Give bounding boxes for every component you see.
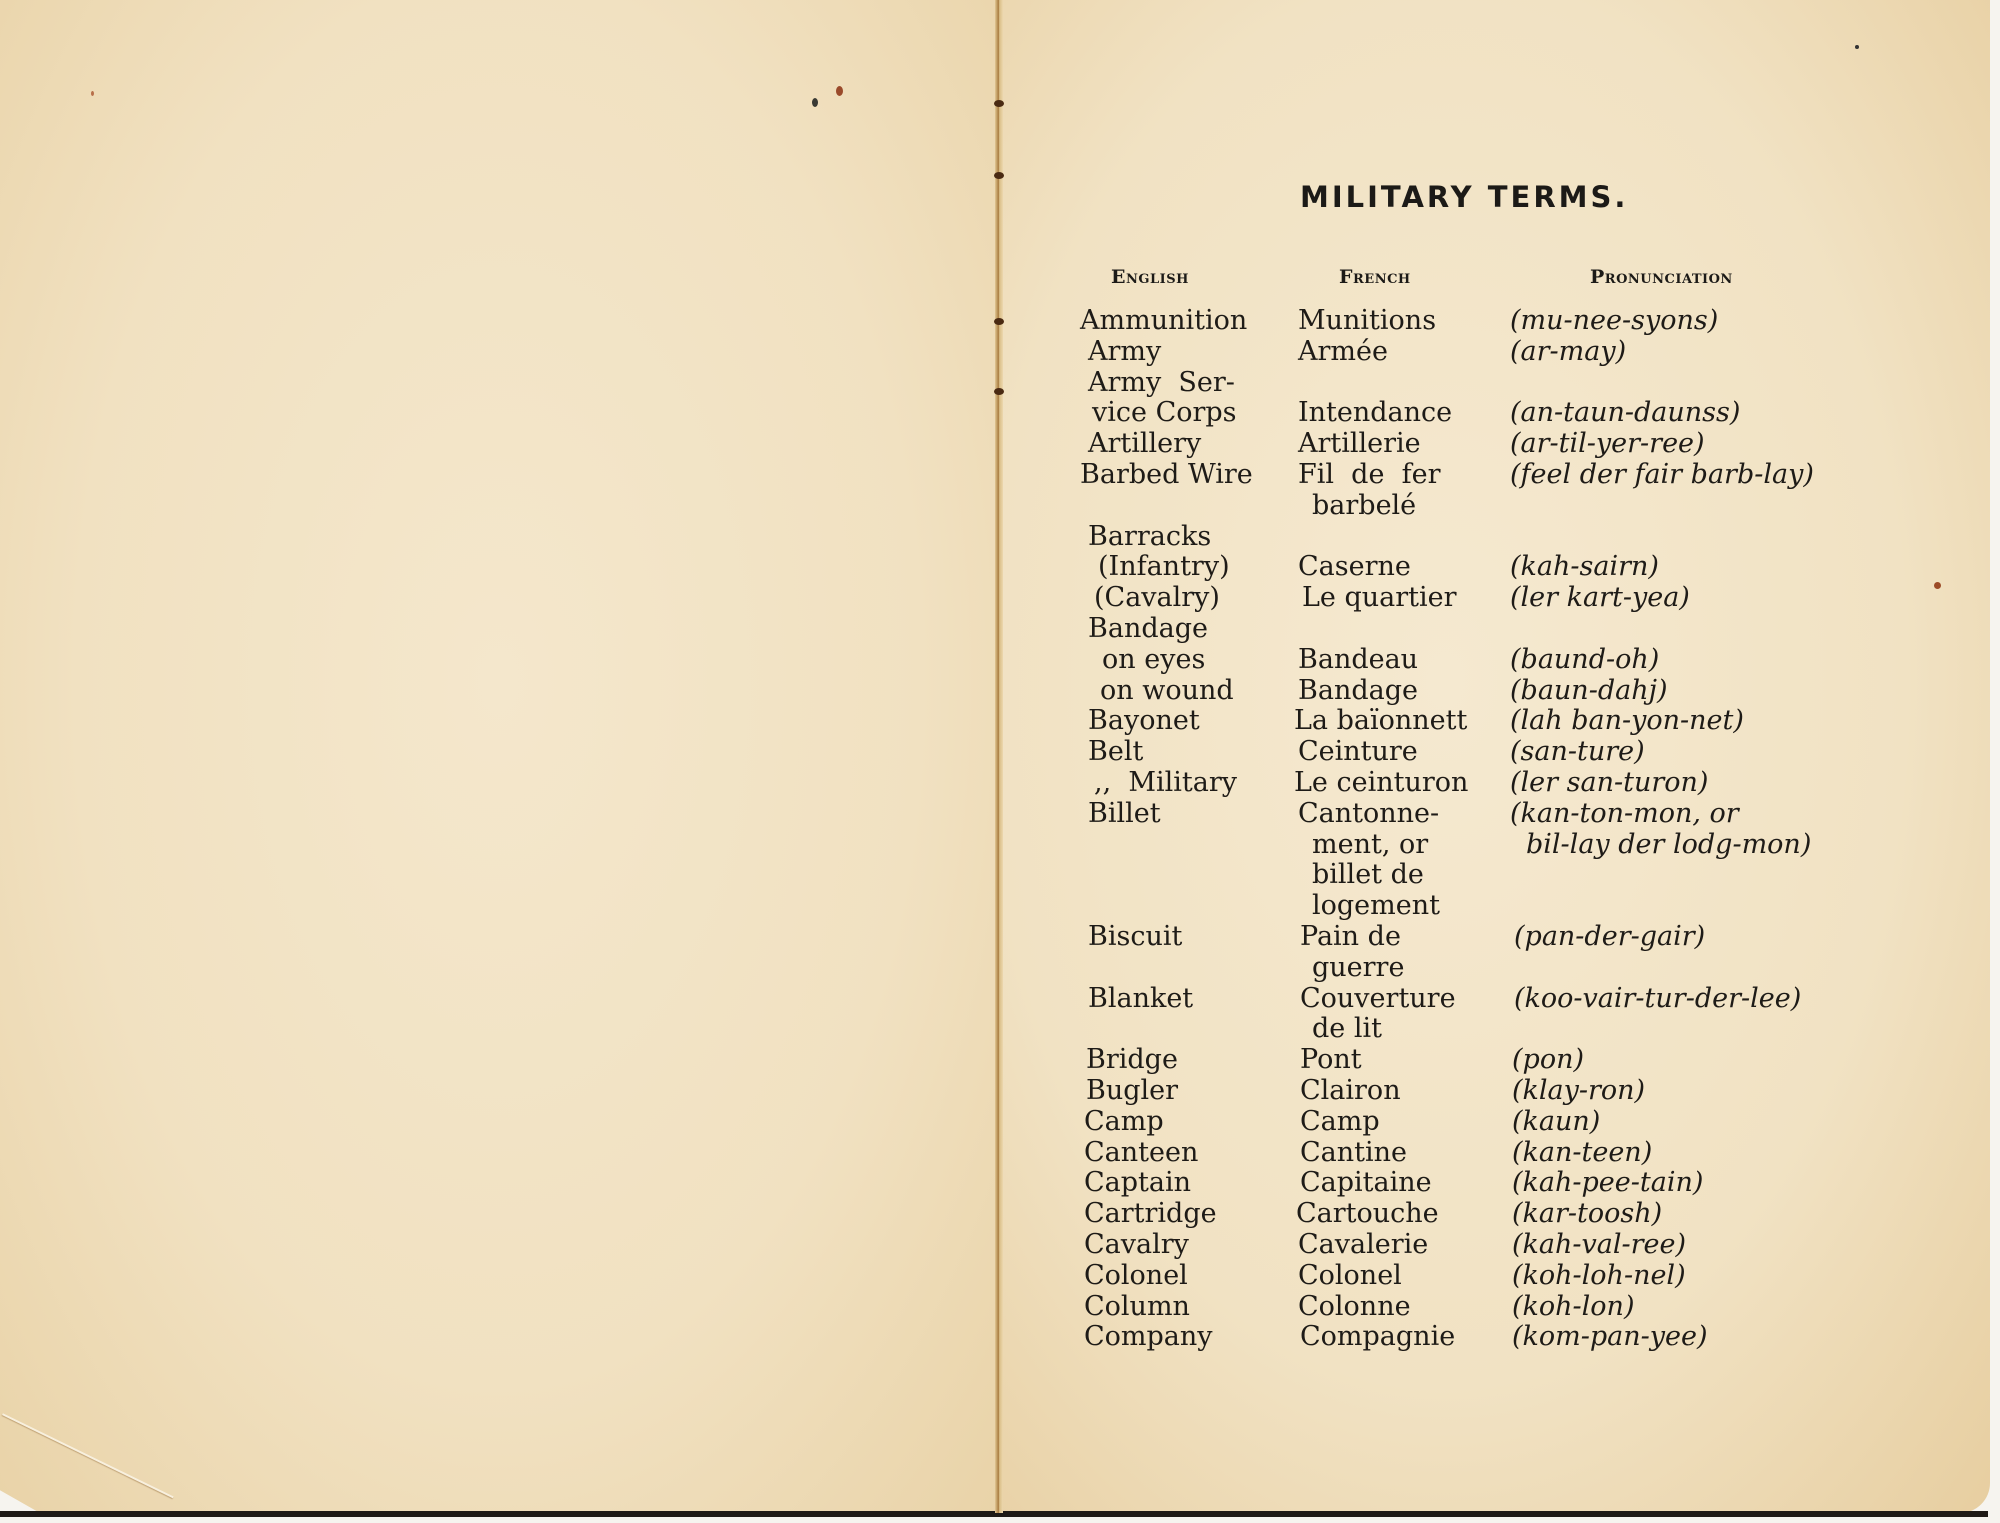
english-term: ,, Military xyxy=(1094,768,1237,799)
table-row: de lit xyxy=(1080,1014,1880,1045)
table-row: CavalryCavalerie(kah-val-ree) xyxy=(1080,1230,1880,1261)
table-row: BayonetLa baïonnett(lah ban-yon-net) xyxy=(1080,706,1880,737)
column-header-french: French xyxy=(1339,266,1411,288)
terms-table: AmmunitionMunitions(mu-nee-syons) ArmyAr… xyxy=(1080,306,1880,1353)
french-term: Capitaine xyxy=(1300,1168,1432,1199)
ink-speck xyxy=(1934,582,1941,589)
english-term: Cavalry xyxy=(1084,1230,1189,1261)
french-term: Colonne xyxy=(1298,1292,1411,1323)
french-term: Cavalerie xyxy=(1298,1230,1428,1261)
table-row: CompanyCompagnie(kom-pan-yee) xyxy=(1080,1322,1880,1353)
table-row: Barbed WireFil de fer(feel der fair barb… xyxy=(1080,460,1880,491)
book-edge-shadow xyxy=(0,1511,1988,1517)
table-row: Bandage xyxy=(1080,614,1880,645)
english-term: Colonel xyxy=(1084,1261,1188,1292)
pronunciation: (pon) xyxy=(1512,1045,1584,1076)
french-term: Artillerie xyxy=(1298,429,1421,460)
english-term: Biscuit xyxy=(1088,922,1182,953)
pronunciation: (ar-til-yer-ree) xyxy=(1510,429,1705,460)
french-term: Armée xyxy=(1298,337,1388,368)
english-term: Army xyxy=(1088,337,1161,368)
table-row: CartridgeCartouche(kar-toosh) xyxy=(1080,1199,1880,1230)
column-header-pronunciation: Pronunciation xyxy=(1590,266,1733,288)
pronunciation: (an-taun-daunss) xyxy=(1510,398,1740,429)
table-row: on woundBandage(baun-dahj) xyxy=(1080,676,1880,707)
table-row: BiscuitPain de(pan-der-gair) xyxy=(1080,922,1880,953)
english-term: Canteen xyxy=(1084,1138,1198,1169)
english-term: on wound xyxy=(1100,676,1234,707)
french-term: Bandeau xyxy=(1298,645,1418,676)
french-term: Cartouche xyxy=(1296,1199,1439,1230)
french-term: Cantonne- xyxy=(1298,799,1439,830)
pronunciation: (kaun) xyxy=(1512,1107,1600,1138)
pronunciation: (baun-dahj) xyxy=(1510,676,1668,707)
french-term: de lit xyxy=(1312,1014,1382,1045)
table-row: CaptainCapitaine(kah-pee-tain) xyxy=(1080,1168,1880,1199)
french-term: Ceinture xyxy=(1298,737,1418,768)
binding-staple xyxy=(994,100,1004,107)
table-row: ColumnColonne(koh-lon) xyxy=(1080,1292,1880,1323)
book-gutter xyxy=(995,0,1003,1513)
english-term: Bandage xyxy=(1088,614,1208,645)
english-term: Bugler xyxy=(1086,1076,1178,1107)
french-term: Couverture xyxy=(1300,984,1456,1015)
english-term: Cartridge xyxy=(1084,1199,1217,1230)
pronunciation: (koh-loh-nel) xyxy=(1512,1261,1686,1292)
french-term: Colonel xyxy=(1298,1261,1402,1292)
table-row: (Cavalry)Le quartier(ler kart-yea) xyxy=(1080,583,1880,614)
english-term: (Infantry) xyxy=(1098,552,1230,583)
table-row: ,, MilitaryLe ceinturon(ler san-turon) xyxy=(1080,768,1880,799)
english-term: Army Ser- xyxy=(1088,368,1235,399)
french-term: Le quartier xyxy=(1302,583,1457,614)
table-row: vice CorpsIntendance(an-taun-daunss) xyxy=(1080,398,1880,429)
french-term: Compagnie xyxy=(1300,1322,1455,1353)
french-term: Pont xyxy=(1300,1045,1362,1076)
english-term: on eyes xyxy=(1102,645,1205,676)
ink-speck xyxy=(91,91,94,96)
english-term: Belt xyxy=(1088,737,1143,768)
pronunciation: (ler san-turon) xyxy=(1510,768,1708,799)
table-row: CampCamp(kaun) xyxy=(1080,1107,1880,1138)
pronunciation: (kom-pan-yee) xyxy=(1512,1322,1708,1353)
binding-staple xyxy=(994,388,1004,395)
english-term: Billet xyxy=(1088,799,1161,830)
french-term: Camp xyxy=(1300,1107,1380,1138)
english-term: Captain xyxy=(1084,1168,1191,1199)
table-row: Army Ser- xyxy=(1080,368,1880,399)
french-term: La baïonnett xyxy=(1294,706,1467,737)
pronunciation: bil-lay der lodg-mon) xyxy=(1526,830,1811,861)
table-row: ColonelColonel(koh-loh-nel) xyxy=(1080,1261,1880,1292)
table-row: BeltCeinture(san-ture) xyxy=(1080,737,1880,768)
english-term: Barbed Wire xyxy=(1080,460,1253,491)
english-term: Bayonet xyxy=(1088,706,1200,737)
column-header-english: English xyxy=(1111,266,1189,288)
pronunciation: (kar-toosh) xyxy=(1512,1199,1662,1230)
binding-staple xyxy=(994,318,1004,325)
french-term: Caserne xyxy=(1298,552,1411,583)
french-term: Cantine xyxy=(1300,1138,1407,1169)
english-term: Ammunition xyxy=(1080,306,1247,337)
pronunciation: (koo-vair-tur-der-lee) xyxy=(1514,984,1801,1015)
page-title: MILITARY TERMS. xyxy=(1300,180,1628,214)
english-term: vice Corps xyxy=(1092,398,1237,429)
pronunciation: (san-ture) xyxy=(1510,737,1645,768)
english-term: Camp xyxy=(1084,1107,1164,1138)
table-row: BlanketCouverture(koo-vair-tur-der-lee) xyxy=(1080,984,1880,1015)
table-row: CanteenCantine(kan-teen) xyxy=(1080,1138,1880,1169)
ink-speck xyxy=(812,98,818,107)
table-row: billet de xyxy=(1080,860,1880,891)
french-term: guerre xyxy=(1312,953,1404,984)
pronunciation: (kah-val-ree) xyxy=(1512,1230,1686,1261)
pronunciation: (ar-may) xyxy=(1510,337,1626,368)
pronunciation: (mu-nee-syons) xyxy=(1510,306,1718,337)
table-row: on eyesBandeau(baund-oh) xyxy=(1080,645,1880,676)
french-term: Pain de xyxy=(1300,922,1401,953)
french-term: Clairon xyxy=(1300,1076,1401,1107)
english-term: Company xyxy=(1084,1322,1213,1353)
english-term: Blanket xyxy=(1088,984,1193,1015)
binding-staple xyxy=(994,172,1004,179)
english-term: Barracks xyxy=(1088,522,1211,553)
pronunciation: (lah ban-yon-net) xyxy=(1510,706,1744,737)
pronunciation: (kan-teen) xyxy=(1512,1138,1652,1169)
pronunciation: (pan-der-gair) xyxy=(1514,922,1705,953)
pronunciation: (ler kart-yea) xyxy=(1510,583,1690,614)
ink-speck xyxy=(1855,45,1859,49)
english-term: Artillery xyxy=(1088,429,1201,460)
left-page-blank xyxy=(0,0,998,1513)
english-term: (Cavalry) xyxy=(1094,583,1220,614)
table-row: BuglerClairon(klay-ron) xyxy=(1080,1076,1880,1107)
french-term: ment, or xyxy=(1312,830,1428,861)
pronunciation: (kah-sairn) xyxy=(1510,552,1659,583)
ink-speck xyxy=(836,86,843,96)
table-row: ArtilleryArtillerie(ar-til-yer-ree) xyxy=(1080,429,1880,460)
table-row: guerre xyxy=(1080,953,1880,984)
french-term: Munitions xyxy=(1298,306,1436,337)
pronunciation: (koh-lon) xyxy=(1512,1292,1634,1323)
pronunciation: (kah-pee-tain) xyxy=(1512,1168,1703,1199)
french-term: logement xyxy=(1312,891,1440,922)
table-row: barbelé xyxy=(1080,491,1880,522)
pronunciation: (feel der fair barb-lay) xyxy=(1510,460,1814,491)
french-term: Intendance xyxy=(1298,398,1452,429)
french-term: barbelé xyxy=(1312,491,1416,522)
table-row: BilletCantonne-(kan-ton-mon, or xyxy=(1080,799,1880,830)
pronunciation: (klay-ron) xyxy=(1512,1076,1645,1107)
pronunciation: (kan-ton-mon, or xyxy=(1510,799,1739,830)
french-term: billet de xyxy=(1312,860,1424,891)
table-row: BridgePont(pon) xyxy=(1080,1045,1880,1076)
table-row: ment, orbil-lay der lodg-mon) xyxy=(1080,830,1880,861)
english-term: Column xyxy=(1084,1292,1190,1323)
table-row: Barracks xyxy=(1080,522,1880,553)
table-row: (Infantry)Caserne(kah-sairn) xyxy=(1080,552,1880,583)
table-row: AmmunitionMunitions(mu-nee-syons) xyxy=(1080,306,1880,337)
french-term: Le ceinturon xyxy=(1294,768,1468,799)
french-term: Bandage xyxy=(1298,676,1418,707)
english-term: Bridge xyxy=(1086,1045,1178,1076)
table-row: ArmyArmée(ar-may) xyxy=(1080,337,1880,368)
french-term: Fil de fer xyxy=(1298,460,1440,491)
pronunciation: (baund-oh) xyxy=(1510,645,1659,676)
table-row: logement xyxy=(1080,891,1880,922)
